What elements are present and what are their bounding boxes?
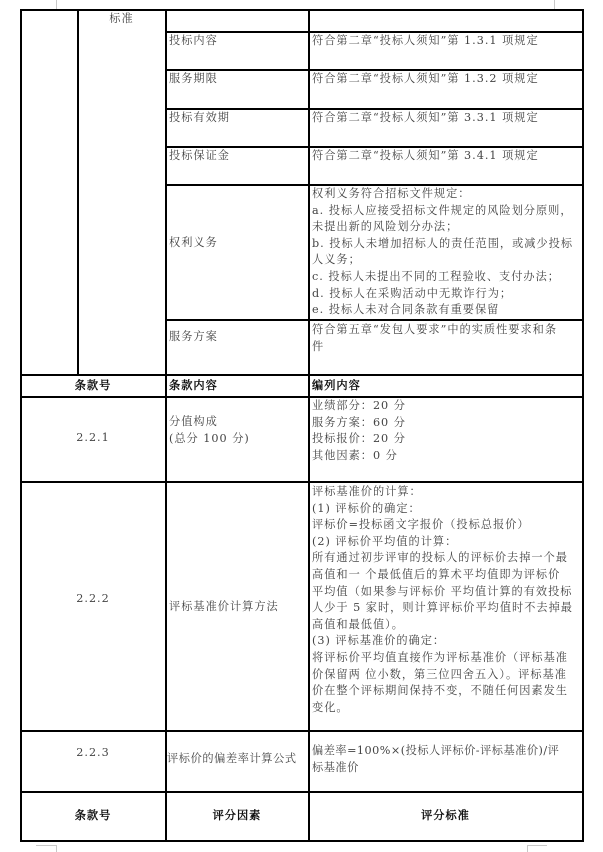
text-line: 分值构成	[169, 414, 306, 431]
text-line: 高值和一 个最低值后的算术平均值即为评标价	[312, 567, 580, 584]
table-col-line-1	[77, 9, 79, 374]
clause-detail: 偏差率=100%×(投标人评标价-评标基准价)/评 标基准价	[309, 743, 582, 776]
row-line	[165, 319, 584, 321]
clause-detail: 业绩部分：20 分 服务方案：60 分 投标报价：20 分 其他因素：0 分	[309, 398, 582, 464]
text-line: 投标报价：20 分	[312, 431, 580, 448]
item-cell: 服务方案	[166, 330, 308, 345]
header-clause-content: 条款内容	[166, 378, 308, 393]
requirement-cell: 符合第二章“投标人须知”第 1.3.2 项规定	[309, 72, 582, 87]
text-line: 未提出新的风险划分办法；	[312, 219, 580, 236]
margin-mark-top-right	[554, 0, 555, 9]
text-line: (总分 100 分)	[169, 431, 306, 448]
requirement-cell: 符合第二章“投标人须知”第 3.4.1 项规定	[309, 149, 582, 164]
text-line: (3) 评标基准价的确定：	[312, 633, 580, 650]
text-line: 偏差率=100%×(投标人评标价-评标基准价)/评	[312, 743, 580, 760]
clause-content: 分值构成 (总分 100 分)	[166, 414, 308, 447]
text-line: 标基准价	[312, 760, 580, 777]
table-border-top	[20, 9, 584, 11]
document-page: 标准 投标内容 符合第二章“投标人须知”第 1.3.1 项规定 服务期限 符合第…	[0, 0, 603, 852]
row-line	[20, 730, 584, 732]
row-line	[20, 481, 584, 483]
item-cell: 服务期限	[166, 72, 308, 87]
item-cell: 投标保证金	[166, 149, 308, 164]
text-line: 评标基准价的计算：	[312, 484, 580, 501]
text-line: e. 投标人未对合同条款有重要保留	[312, 302, 580, 319]
text-line: 人少于 5 家时，则计算评标价平均值时不去掉最	[312, 600, 580, 617]
margin-mark-bottom-right	[527, 845, 547, 846]
table-border-right	[582, 9, 584, 841]
text-line: 将评标价平均值直接作为评标基准价（评标基准	[312, 650, 580, 667]
text-line: 人义务；	[312, 252, 580, 269]
clause-content: 评标基准价计算方法	[166, 600, 308, 615]
text-line: 评标价=投标函文字报价（投标总报价）	[312, 517, 580, 534]
requirement-cell: 符合第五章“发包人要求”中的实质性要求和条 件	[309, 322, 582, 355]
margin-mark-top-left	[56, 0, 57, 9]
clause-no: 2.2.2	[20, 592, 165, 607]
table-border-left	[20, 9, 22, 841]
text-line: 业绩部分：20 分	[312, 398, 580, 415]
text-line: (1) 评标价的确定：	[312, 501, 580, 518]
row-line	[165, 31, 584, 33]
text-line: 符合第五章“发包人要求”中的实质性要求和条	[312, 322, 580, 339]
text-line: c. 投标人未提出不同的工程验收、支付办法；	[312, 269, 580, 286]
requirement-cell-rights: 权利义务符合招标文件规定： a. 投标人应接受招标文件规定的风险划分原则， 未提…	[309, 186, 582, 319]
text-line: b. 投标人未增加招标人的责任范围，或减少投标	[312, 236, 580, 253]
row-line	[165, 146, 584, 148]
row-line	[20, 791, 584, 793]
text-line: 所有通过初步评审的投标人的评标价去掉一个最	[312, 550, 580, 567]
clause-content: 评标价的偏差率计算公式	[166, 752, 309, 767]
clause-no: 2.2.1	[20, 431, 165, 446]
requirement-cell: 符合第二章“投标人须知”第 1.3.1 项规定	[309, 34, 582, 49]
header-score-standard: 评分标准	[308, 808, 582, 823]
text-line: 平均值（如果参与评标价 平均值计算的有效投标	[312, 584, 580, 601]
row-line	[20, 374, 584, 376]
item-cell: 投标有效期	[166, 111, 308, 126]
requirement-cell: 符合第二章“投标人须知”第 3.3.1 项规定	[309, 111, 582, 126]
text-line: 权利义务符合招标文件规定：	[312, 186, 580, 203]
row-line	[165, 108, 584, 110]
clause-detail: 评标基准价的计算： (1) 评标价的确定： 评标价=投标函文字报价（投标总报价）…	[309, 484, 582, 716]
text-line: 价在整个评标期间保持不变，不随任何因素发生	[312, 683, 580, 700]
text-line: a. 投标人应接受招标文件规定的风险划分原则，	[312, 203, 580, 220]
clause-no: 2.2.3	[20, 746, 165, 761]
text-line: 其他因素：0 分	[312, 448, 580, 465]
margin-mark-bottom-left-v	[56, 845, 57, 852]
header-clause-no: 条款号	[20, 378, 165, 393]
header-score-factor: 评分因素	[165, 808, 308, 823]
text-line: 变化。	[312, 700, 580, 717]
text-line: 价保留两 位小数，第三位四舍五入）。评标基准	[312, 667, 580, 684]
category-label: 标准	[77, 12, 165, 27]
row-line	[165, 69, 584, 71]
margin-mark-bottom-left	[36, 845, 56, 846]
item-cell: 权利义务	[166, 236, 308, 251]
header-detail: 编列内容	[309, 378, 582, 393]
margin-mark-bottom-right-v	[527, 845, 528, 852]
text-line: 高值和最低值）。	[312, 617, 580, 634]
item-cell: 投标内容	[166, 34, 308, 49]
header-clause-no: 条款号	[20, 808, 165, 823]
text-line: 服务方案：60 分	[312, 415, 580, 432]
text-line: (2) 评标价平均值的计算：	[312, 534, 580, 551]
table-border-bottom	[20, 840, 584, 842]
text-line: d. 投标人在采购活动中无欺诈行为；	[312, 286, 580, 303]
text-line: 件	[312, 339, 580, 356]
